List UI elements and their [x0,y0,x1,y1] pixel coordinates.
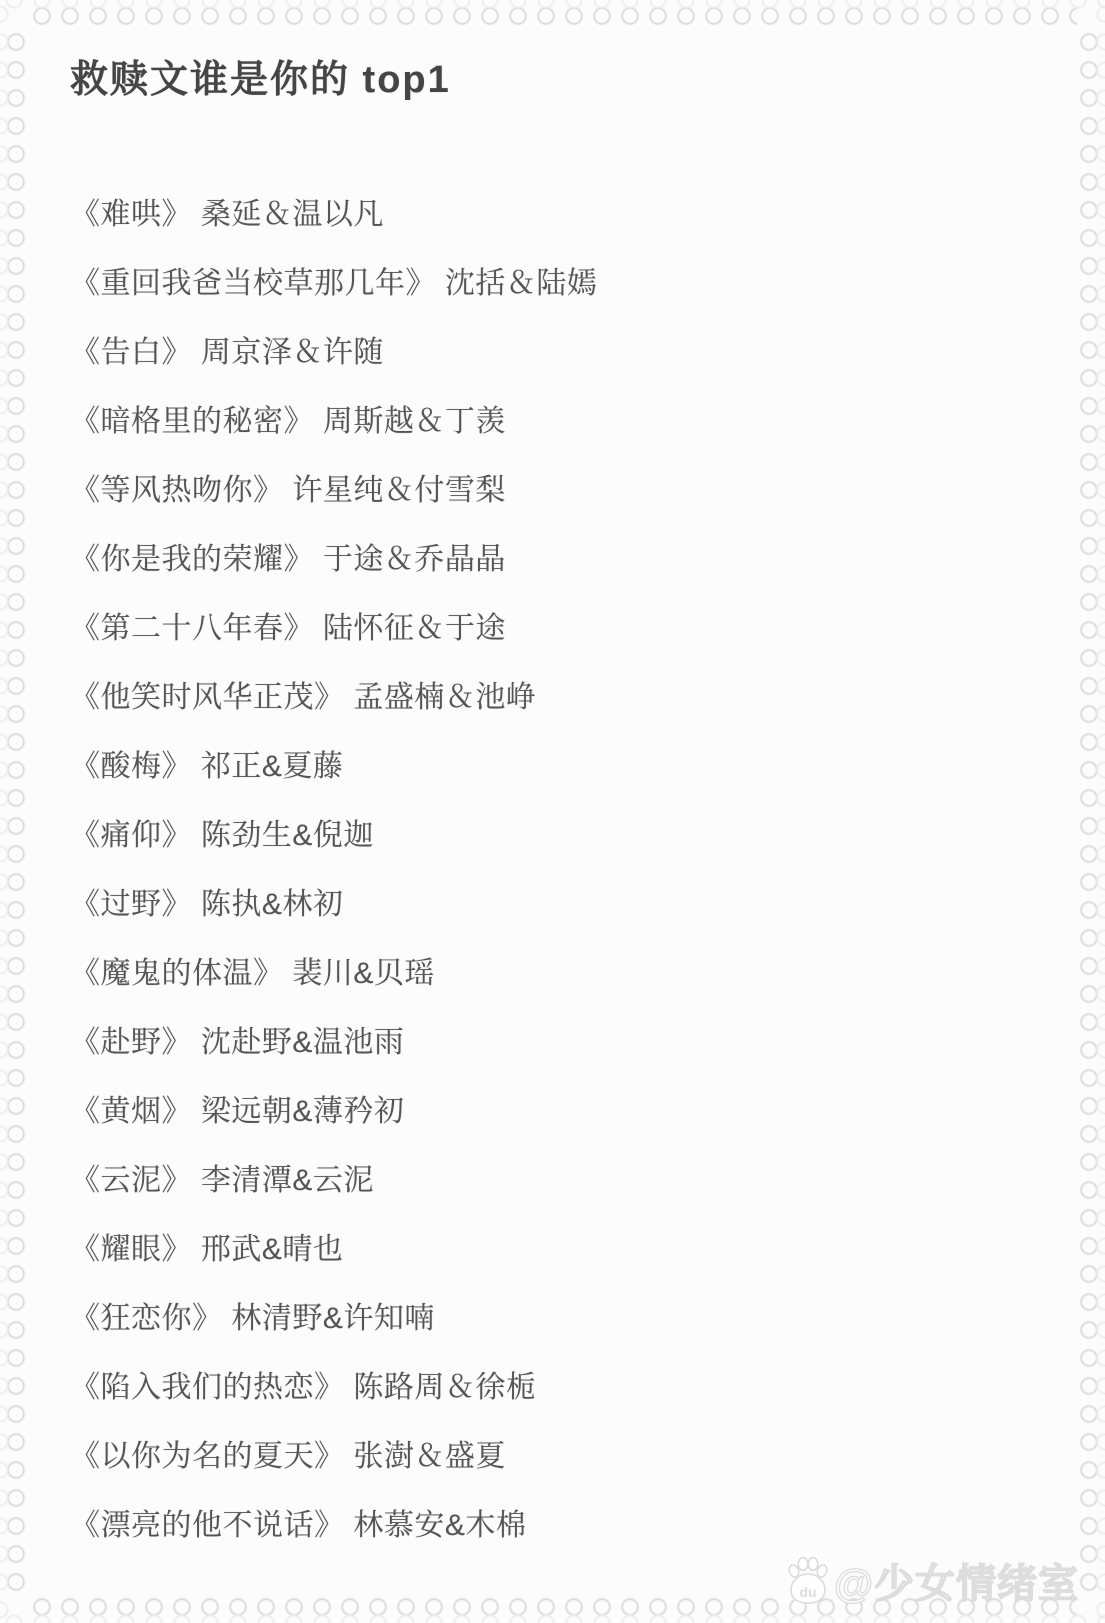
list-item: 《云泥》 李清潭&云泥 [70,1146,1065,1215]
list-item: 《第二十八年春》 陆怀征＆于途 [70,594,1065,663]
stamp-page: 救赎文谁是你的 top1 《难哄》 桑延＆温以凡 《重回我爸当校草那几年》 沈括… [0,0,1105,1623]
list-item: 《黄烟》 梁远朝&薄矜初 [70,1077,1065,1146]
list-item: 《难哄》 桑延＆温以凡 [70,180,1065,249]
list-item: 《你是我的荣耀》 于途＆乔晶晶 [70,525,1065,594]
content-area: 救赎文谁是你的 top1 《难哄》 桑延＆温以凡 《重回我爸当校草那几年》 沈括… [0,0,1105,1623]
baidu-paw-label: du [799,1584,816,1600]
list-item: 《暗格里的秘密》 周斯越＆丁羡 [70,387,1065,456]
list-item: 《狂恋你》 林清野&许知喃 [70,1284,1065,1353]
list-item: 《耀眼》 邢武&晴也 [70,1215,1065,1284]
list-item: 《告白》 周京泽＆许随 [70,318,1065,387]
watermark-handle: @少女情绪室 [834,1552,1079,1609]
baidu-paw-icon: du [785,1556,831,1606]
list-item: 《赴野》 沈赴野&温池雨 [70,1008,1065,1077]
list-item: 《酸梅》 祁正&夏藤 [70,732,1065,801]
list-item: 《魔鬼的体温》 裴川&贝瑶 [70,939,1065,1008]
page-title: 救赎文谁是你的 top1 [70,58,1065,102]
list-item: 《以你为名的夏天》 张澍＆盛夏 [70,1422,1065,1491]
list-item: 《过野》 陈执&林初 [70,870,1065,939]
list-item: 《漂亮的他不说话》 林慕安&木棉 [70,1491,1065,1560]
list-item: 《痛仰》 陈劲生&倪迦 [70,801,1065,870]
book-list: 《难哄》 桑延＆温以凡 《重回我爸当校草那几年》 沈括＆陆嫣 《告白》 周京泽＆… [70,180,1065,1560]
list-item: 《陷入我们的热恋》 陈路周＆徐栀 [70,1353,1065,1422]
watermark: du @少女情绪室 [785,1552,1079,1609]
list-item: 《等风热吻你》 许星纯＆付雪梨 [70,456,1065,525]
list-item: 《重回我爸当校草那几年》 沈括＆陆嫣 [70,249,1065,318]
list-item: 《他笑时风华正茂》 孟盛楠＆池峥 [70,663,1065,732]
